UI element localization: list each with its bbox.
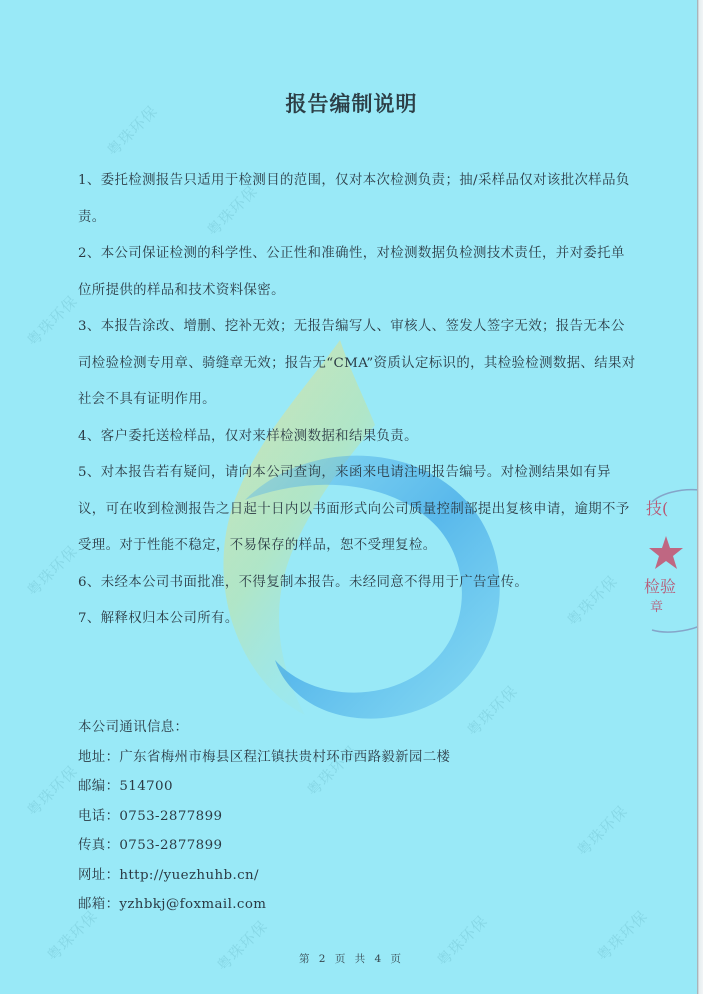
clause-2: 2、本公司保证检测的科学性、公正性和准确性，对检测数据负检测技术责任，并对委托单… xyxy=(78,236,638,309)
clause-4: 4、客户委托送检样品，仅对来样检测数据和结果负责。 xyxy=(78,419,638,456)
clause-6: 6、未经本公司书面批准，不得复制本报告。未经同意不得用于广告宣传。 xyxy=(78,565,638,602)
page-number: 第 2 页 共 4 页 xyxy=(0,951,703,966)
watermark-text: 粤珠环保 xyxy=(22,760,82,820)
contact-postcode: 邮编：514700 xyxy=(78,772,638,802)
official-seal-stamp: 技( 检验 章 xyxy=(640,480,700,640)
seal-text-bottom: 章 xyxy=(650,596,663,615)
document-title: 报告编制说明 xyxy=(0,88,703,118)
page-edge-border xyxy=(697,0,703,994)
seal-outline-icon xyxy=(640,480,700,640)
contact-phone: 电话：0753-2877899 xyxy=(78,802,638,832)
document-page: 粤珠环保 粤珠环保 粤珠环保 粤珠环保 粤珠环保 粤珠环保 粤珠环保 粤珠环保 … xyxy=(0,0,697,994)
clause-5: 5、对本报告若有疑问，请向本公司查询，来函来电请注明报告编号。对检测结果如有异议… xyxy=(78,455,638,565)
watermark-text: 粤珠环保 xyxy=(22,540,82,600)
contact-heading: 本公司通讯信息： xyxy=(78,713,638,743)
watermark-text: 粤珠环保 xyxy=(212,915,272,975)
watermark-text: 粤珠环保 xyxy=(22,290,82,350)
contact-website[interactable]: 网址：http://yuezhuhb.cn/ xyxy=(78,861,638,891)
clause-3: 3、本报告涂改、增删、挖补无效；无报告编写人、审核人、签发人签字无效；报告无本公… xyxy=(78,309,638,419)
contact-fax: 传真：0753-2877899 xyxy=(78,831,638,861)
clause-7: 7、解释权归本公司所有。 xyxy=(78,601,638,638)
contact-address: 地址：广东省梅州市梅县区程江镇扶贵村环市西路毅新园二楼 xyxy=(78,743,638,773)
seal-text-mid: 检验 xyxy=(644,574,676,597)
contact-email[interactable]: 邮箱：yzhbkj@foxmail.com xyxy=(78,890,638,920)
seal-text-top: 技( xyxy=(646,496,668,519)
clause-1: 1、委托检测报告只适用于检测目的范围，仅对本次检测负责；抽/采样品仅对该批次样品… xyxy=(78,163,638,236)
contact-info: 本公司通讯信息： 地址：广东省梅州市梅县区程江镇扶贵村环市西路毅新园二楼 邮编：… xyxy=(78,713,638,920)
